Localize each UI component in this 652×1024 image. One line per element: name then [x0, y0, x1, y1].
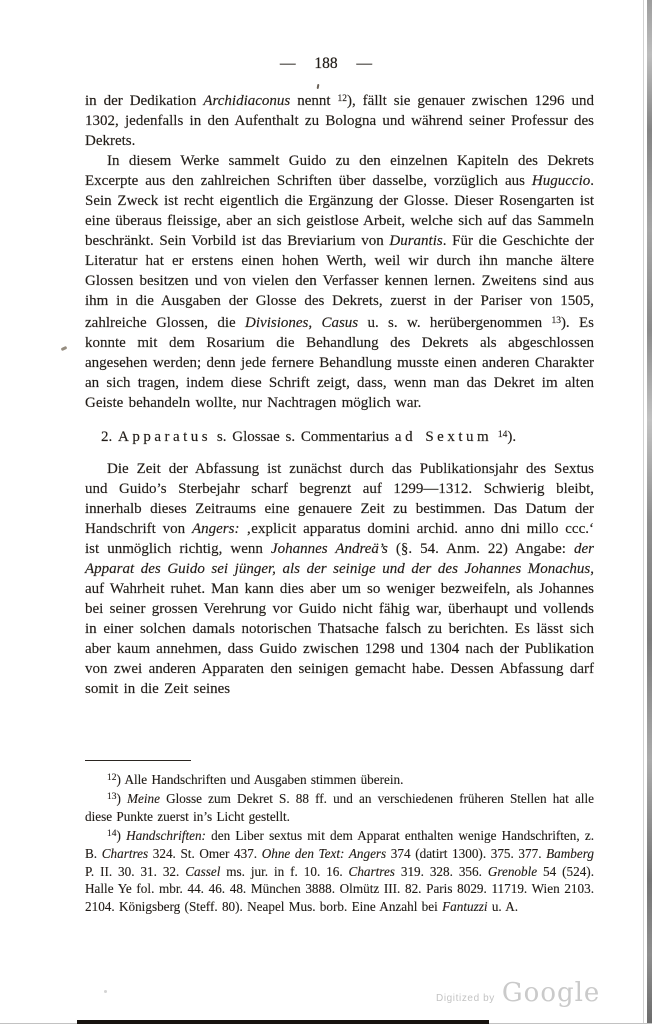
footnote: 13) Meine Glosse zum Dekret S. 88 ff. un…: [85, 789, 594, 826]
paragraph: In diesem Werke sammelt Guido zu den ein…: [85, 151, 594, 413]
scan-speck: [104, 990, 107, 993]
digitized-by-label: Digitized by: [436, 993, 495, 1004]
scan-edge-hairline: [643, 0, 644, 1024]
paragraph: Die Zeit der Abfassung ist zunächst durc…: [85, 459, 594, 699]
google-logo: Google: [502, 978, 600, 1008]
footnote: 12) Alle Handschriften und Ausgaben stim…: [85, 770, 594, 789]
paragraph: in der Dedikation Archidiaconus nennt 12…: [85, 89, 594, 151]
scan-speck: [61, 346, 68, 351]
footnote-list: 12) Alle Handschriften und Ausgaben stim…: [85, 770, 594, 916]
body-paragraphs: in der Dedikation Archidiaconus nennt 12…: [85, 89, 594, 413]
footnotes-block: 12) Alle Handschriften und Ausgaben stim…: [85, 760, 594, 916]
google-watermark: Digitized by Google: [436, 978, 600, 1008]
scan-edge-right-strip: [647, 0, 652, 1024]
footnote: 14) Handschriften: den Liber sextus mit …: [85, 826, 594, 917]
scanned-book-page: — 188 — in der Dedikation Archidiaconus …: [0, 0, 652, 1024]
text-block: in der Dedikation Archidiaconus nennt 12…: [85, 89, 594, 699]
body-paragraphs-continued: Die Zeit der Abfassung ist zunächst durc…: [85, 459, 594, 699]
page-number: — 188 —: [0, 55, 652, 73]
footnote-separator-rule: [85, 760, 191, 761]
scan-edge-bottom-bar: [77, 1020, 489, 1024]
section-heading: 2. Apparatus s. Glossae s. Commentarius …: [101, 425, 594, 447]
